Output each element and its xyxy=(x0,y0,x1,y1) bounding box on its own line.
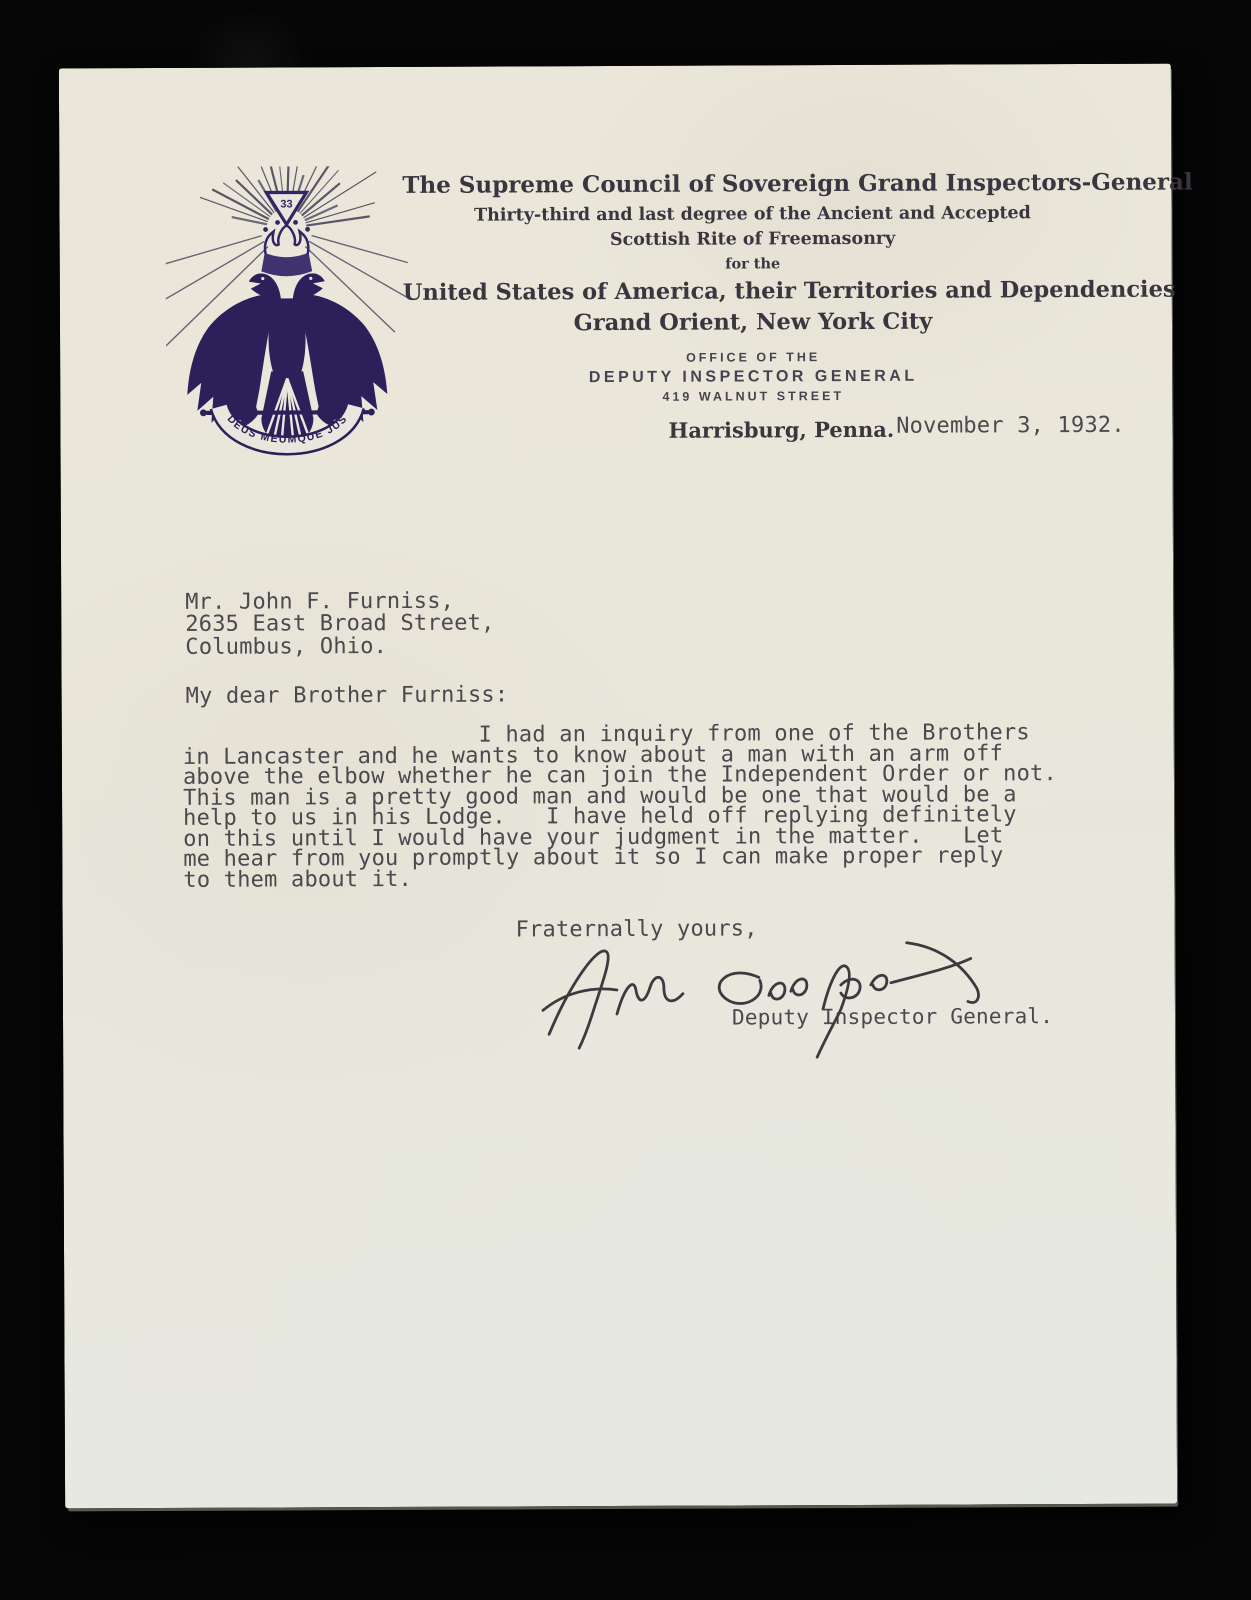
letterhead-line-4: for the xyxy=(403,251,1103,278)
dateline: Harrisburg, Penna. November 3, 1932. xyxy=(668,416,1124,444)
letterhead-line-5: United States of America, their Territor… xyxy=(403,275,1103,309)
letter-paper: 33 xyxy=(59,64,1177,1509)
letterhead-line-6: Grand Orient, New York City xyxy=(403,306,1103,339)
salutation: My dear Brother Furniss: xyxy=(186,682,509,708)
emblem-degree-33: 33 xyxy=(280,198,292,210)
office-line-2: DEPUTY INSPECTOR GENERAL xyxy=(403,365,1103,389)
photo-background: 33 xyxy=(0,0,1251,1600)
office-block: OFFICE OF THE DEPUTY INSPECTOR GENERAL 4… xyxy=(403,348,1103,407)
letterhead-line-3: Scottish Rite of Freemasonry xyxy=(403,226,1103,254)
place-name: Harrisburg, Penna. xyxy=(668,417,894,443)
recipient-street: 2635 East Broad Street, xyxy=(185,613,494,637)
letterhead-line-2: Thirty-third and last degree of the Anci… xyxy=(402,200,1102,229)
signature-scrawl xyxy=(541,920,992,1062)
letterhead-block: The Supreme Council of Sovereign Grand I… xyxy=(402,168,1103,407)
recipient-block: Mr. John F. Furniss, 2635 East Broad Str… xyxy=(185,591,495,660)
letterhead-line-1: The Supreme Council of Sovereign Grand I… xyxy=(402,168,1102,201)
body-paragraph: I had an inquiry from one of the Brother… xyxy=(183,723,1058,891)
office-line-3: 419 WALNUT STREET xyxy=(403,386,1103,407)
recipient-city: Columbus, Ohio. xyxy=(185,635,494,659)
typed-date: November 3, 1932. xyxy=(896,413,1125,439)
masonic-eagle-emblem: 33 xyxy=(165,166,408,467)
